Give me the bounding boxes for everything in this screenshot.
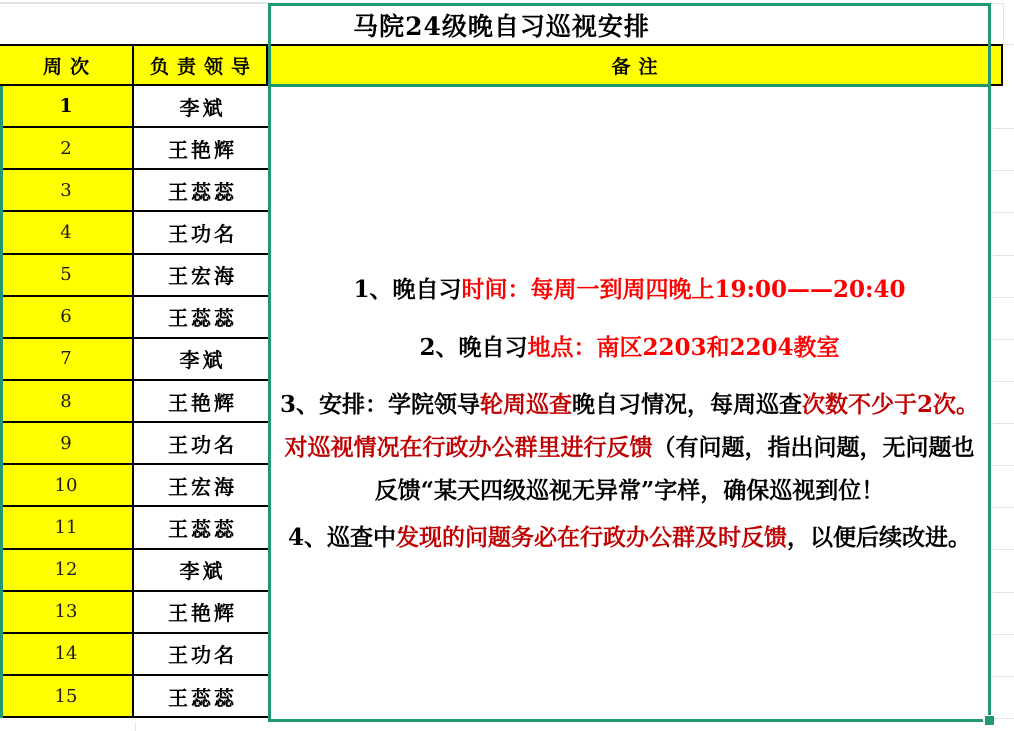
note-segment: 地点：南区2203和2204教室 [527, 334, 839, 361]
table-row: 12李斌 [0, 550, 268, 592]
header-cell-leader[interactable]: 负责领导 [134, 46, 268, 86]
week-rows: 1李斌2王艳辉3王蕊蕊4王功名5王宏海6王蕊蕊7李斌8王艳辉9王功名10王宏海1… [0, 86, 268, 718]
cell-leader[interactable]: 王功名 [134, 634, 268, 674]
cell-leader[interactable]: 李斌 [134, 550, 268, 590]
title-row[interactable]: 马院24级晚自习巡视安排 [0, 3, 1003, 45]
selection-border-right [988, 3, 991, 722]
spreadsheet-view: 马院24级晚自习巡视安排 周次 负责领导 备注 1李斌2王艳辉3王蕊蕊4王功名5… [0, 0, 1014, 731]
table-row: 6王蕊蕊 [0, 297, 268, 339]
cell-leader[interactable]: 李斌 [134, 339, 268, 379]
cell-leader[interactable]: 王蕊蕊 [134, 676, 268, 716]
note-line: 反馈“某天四级巡视无异常”字样，确保巡视到位！ [271, 469, 988, 512]
note-segment: ，以便后续改进。 [787, 524, 971, 551]
header-cell-notes[interactable]: 备注 [268, 46, 1003, 86]
cell-leader[interactable]: 王功名 [134, 212, 268, 252]
gridline [993, 718, 1014, 719]
note-segment: 3、安排：学院领导 [280, 391, 480, 418]
note-segment: 时间：每周一到周四晚上19:00——20:40 [462, 276, 906, 303]
table-row: 11王蕊蕊 [0, 507, 268, 549]
header-notes-label: 备注 [603, 52, 665, 79]
header-week-label: 周次 [35, 52, 97, 79]
table-row: 15王蕊蕊 [0, 676, 268, 718]
note-line: 2、晚自习地点：南区2203和2204教室 [271, 326, 988, 369]
gridline [993, 634, 1014, 635]
cell-leader[interactable]: 王宏海 [134, 465, 268, 505]
cell-week[interactable]: 11 [0, 507, 134, 547]
table-row: 13王艳辉 [0, 592, 268, 634]
cell-week[interactable]: 15 [0, 676, 134, 716]
table-row: 5王宏海 [0, 255, 268, 297]
gridline [993, 676, 1014, 677]
cell-leader[interactable]: 王艳辉 [134, 592, 268, 632]
selection-border-table-left [0, 86, 3, 718]
note-paragraph: 2、晚自习地点：南区2203和2204教室 [271, 326, 988, 369]
gridline [993, 423, 1014, 424]
table-row: 10王宏海 [0, 465, 268, 507]
gridline [135, 722, 136, 731]
gridline [993, 170, 1014, 171]
table-row: 1李斌 [0, 86, 268, 128]
note-segment: 反馈“某天四级巡视无异常”字样，确保巡视到位！ [375, 477, 884, 504]
autofill-handle[interactable] [985, 716, 994, 725]
note-paragraph: 4、巡查中发现的问题务必在行政办公群及时反馈，以便后续改进。 [271, 516, 988, 559]
table-row: 3王蕊蕊 [0, 170, 268, 212]
cell-week[interactable]: 5 [0, 255, 134, 295]
cell-leader[interactable]: 王蕊蕊 [134, 507, 268, 547]
cell-leader[interactable]: 王艳辉 [134, 128, 268, 168]
header-leader-label: 负责领导 [142, 52, 258, 79]
note-segment: 轮周巡查 [480, 391, 572, 418]
note-segment: 1、晚自习 [353, 276, 461, 303]
cell-week[interactable]: 8 [0, 381, 134, 421]
table-row: 9王功名 [0, 423, 268, 465]
cell-leader[interactable]: 王蕊蕊 [134, 170, 268, 210]
gridline [1003, 3, 1004, 44]
gridline [993, 549, 1014, 550]
cell-leader[interactable]: 李斌 [134, 86, 268, 126]
cell-week[interactable]: 12 [0, 550, 134, 590]
selection-border-bottom [268, 719, 991, 722]
page-title: 马院24级晚自习巡视安排 [353, 7, 650, 43]
gridline [993, 128, 1014, 129]
note-segment: 对巡视情况在行政办公群里进行反馈 [285, 434, 653, 461]
cell-week[interactable]: 2 [0, 128, 134, 168]
gridline [993, 592, 1014, 593]
gridline [993, 381, 1014, 382]
table-row: 4王功名 [0, 212, 268, 254]
note-segment: 发现的问题务必在行政办公群及时反馈 [396, 524, 787, 551]
gridline [993, 339, 1014, 340]
header-cell-week[interactable]: 周次 [0, 46, 134, 86]
note-segment: 4、巡查中 [288, 524, 396, 551]
gridline [993, 297, 1014, 298]
gridline [993, 212, 1014, 213]
cell-week[interactable]: 4 [0, 212, 134, 252]
selection-border-left [268, 3, 271, 722]
cell-week[interactable]: 6 [0, 297, 134, 337]
table-row: 14王功名 [0, 634, 268, 676]
cell-leader[interactable]: 王功名 [134, 423, 268, 463]
cell-week[interactable]: 7 [0, 339, 134, 379]
gridline [993, 507, 1014, 508]
cell-week[interactable]: 13 [0, 592, 134, 632]
cell-leader[interactable]: 王艳辉 [134, 381, 268, 421]
table-row: 8王艳辉 [0, 381, 268, 423]
note-line: 4、巡查中发现的问题务必在行政办公群及时反馈，以便后续改进。 [271, 516, 988, 559]
note-paragraph: 3、安排：学院领导轮周巡查晚自习情况，每周巡查次数不少于2次。对巡视情况在行政办… [271, 383, 988, 512]
cell-leader[interactable]: 王宏海 [134, 255, 268, 295]
note-line: 3、安排：学院领导轮周巡查晚自习情况，每周巡查次数不少于2次。 [271, 383, 988, 426]
selection-border-top [268, 3, 991, 6]
cell-week[interactable]: 9 [0, 423, 134, 463]
note-line: 对巡视情况在行政办公群里进行反馈（有问题，指出问题，无问题也 [271, 426, 988, 469]
gridline [993, 465, 1014, 466]
note-paragraph: 1、晚自习时间：每周一到周四晚上19:00——20:40 [271, 268, 988, 311]
note-segment: 2、晚自习 [419, 334, 527, 361]
note-segment: 晚自习情况，每周巡查 [572, 391, 802, 418]
notes-merged-cell[interactable]: 1、晚自习时间：每周一到周四晚上19:00——20:402、晚自习地点：南区22… [271, 88, 988, 719]
table-row: 7李斌 [0, 339, 268, 381]
cell-week[interactable]: 14 [0, 634, 134, 674]
table-row: 2王艳辉 [0, 128, 268, 170]
cell-week[interactable]: 3 [0, 170, 134, 210]
note-line: 1、晚自习时间：每周一到周四晚上19:00——20:40 [271, 268, 988, 311]
cell-leader[interactable]: 王蕊蕊 [134, 297, 268, 337]
selection-border-under-header [268, 84, 991, 87]
note-segment: （有问题，指出问题，无问题也 [653, 434, 975, 461]
cell-week[interactable]: 1 [0, 86, 134, 126]
cell-week[interactable]: 10 [0, 465, 134, 505]
gridline [993, 255, 1014, 256]
note-segment: 次数不少于2次。 [802, 391, 979, 418]
table-header-row: 周次 负责领导 备注 [0, 44, 1003, 86]
